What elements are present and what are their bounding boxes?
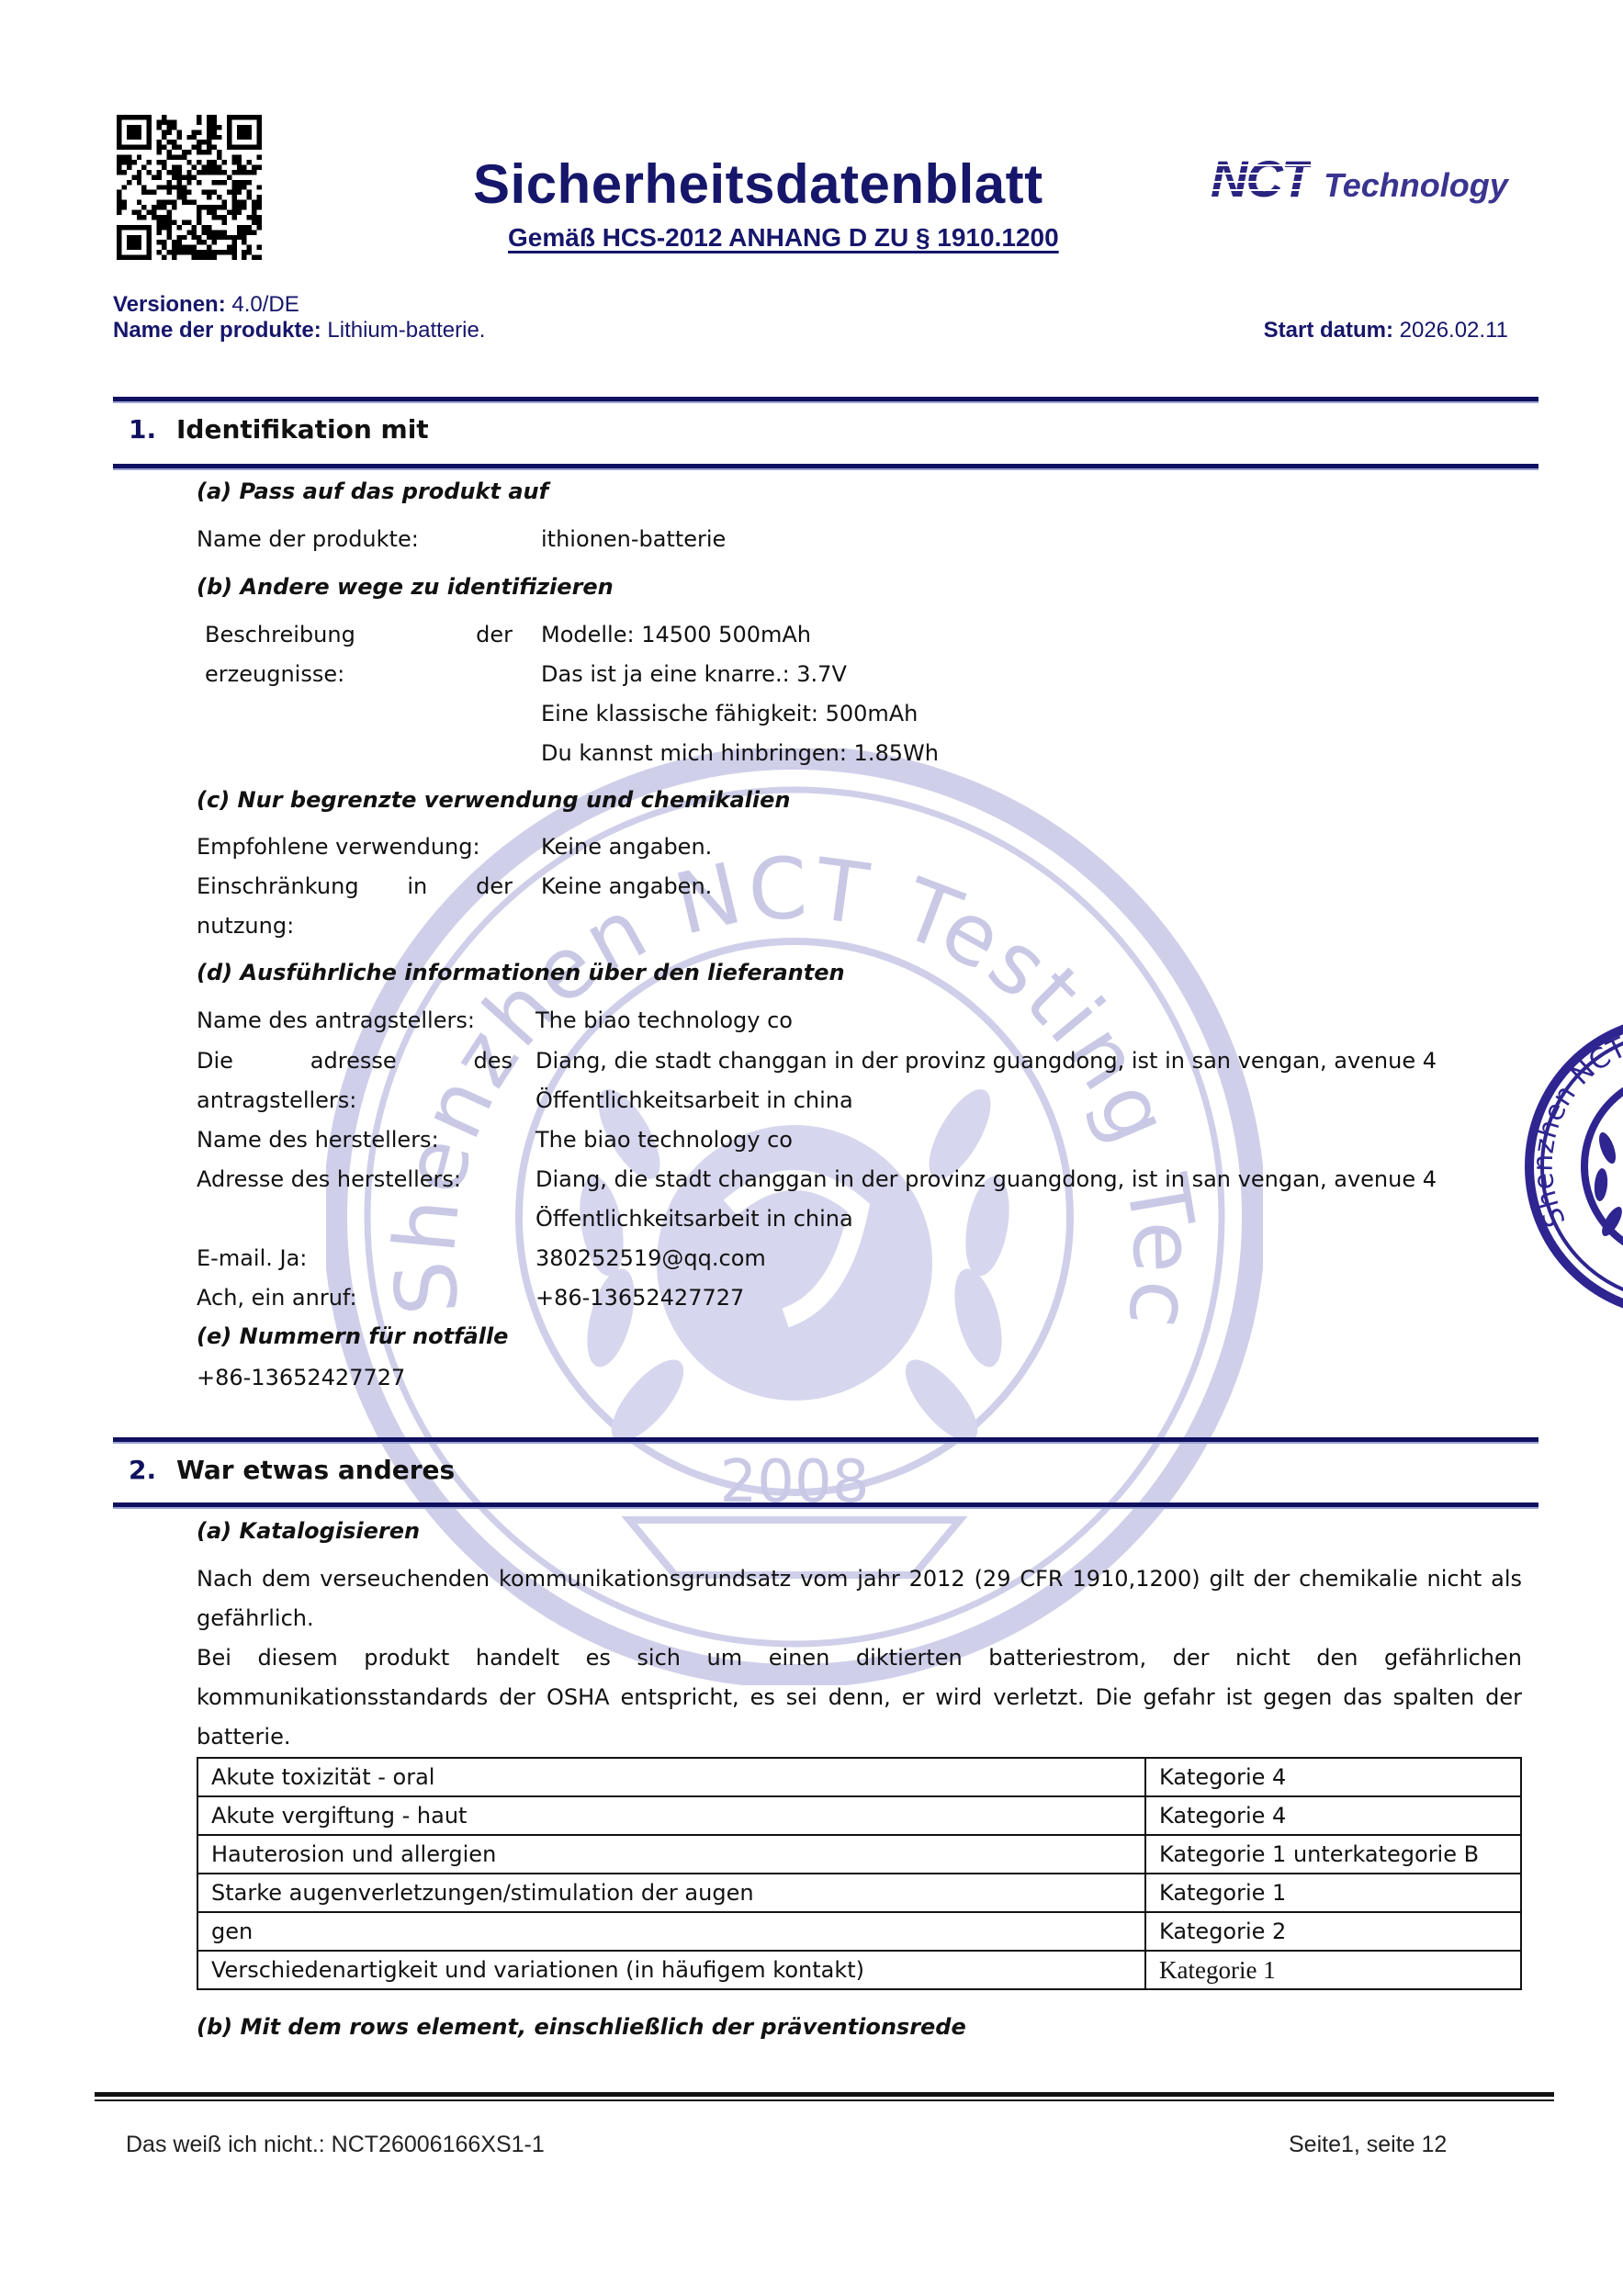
footer-rule-thick <box>95 2092 1554 2097</box>
section-2-bottom-rule <box>113 1503 1538 1507</box>
section-1-title: Identifikation mit <box>176 414 429 445</box>
label-word: adresse <box>310 1048 397 1074</box>
product-name-label: Name der produkte: <box>197 526 419 552</box>
classification-para2-line3: batterie. <box>197 1724 290 1750</box>
date-value: 2026.02.11 <box>1393 318 1508 343</box>
applicant-name-value: The biao technology co <box>535 1007 793 1033</box>
applicant-address-line2: Öffentlichkeitsarbeit in china <box>535 1087 853 1113</box>
spec-capacity: Eine klassische fähigkeit: 500mAh <box>541 701 918 726</box>
hazard-class-cell: Hauterosion und allergien <box>197 1835 1145 1874</box>
qr-code-icon <box>117 115 262 260</box>
logo-brand: NCT <box>1211 150 1311 208</box>
version-value: 4.0/DE <box>226 292 299 317</box>
table-row: Hauterosion und allergienKategorie 1 unt… <box>197 1835 1521 1874</box>
hazard-category-cell: Kategorie 1 <box>1145 1874 1521 1912</box>
hazard-category-cell: Kategorie 1 unterkategorie B <box>1145 1835 1521 1874</box>
label-word: der <box>476 873 513 899</box>
table-row: Akute toxizität - oralKategorie 4 <box>197 1758 1521 1796</box>
label-word: Beschreibung <box>205 622 355 647</box>
restriction-label: Einschränkunginder <box>197 873 513 899</box>
restriction-label-line2: nutzung: <box>197 913 294 939</box>
subsection-2a-heading: (a) Katalogisieren <box>197 1518 420 1544</box>
subsection-1c-heading: (c) Nur begrenzte verwendung und chemika… <box>197 787 790 813</box>
manufacturer-name-value: The biao technology co <box>535 1127 793 1153</box>
classification-para2-line2: kommunikationsstandards der OSHA entspri… <box>197 1684 1522 1710</box>
subsection-1e-heading: (e) Nummern für notfälle <box>197 1323 508 1349</box>
spec-model: Modelle: 14500 500mAh <box>541 622 811 647</box>
start-date-line: Start datum: 2026.02.11 <box>1264 318 1508 343</box>
table-row: Akute vergiftung - hautKategorie 4 <box>197 1796 1521 1835</box>
manufacturer-address-line1: Diang, die stadt changgan in der provinz… <box>535 1166 1437 1192</box>
spec-energy: Du kannst mich hinbringen: 1.85Wh <box>541 740 939 766</box>
section-2-heading: 2.War etwas anderes <box>129 1455 455 1485</box>
document-title: Sicherheitsdatenblatt <box>473 152 1043 216</box>
version-line: Versionen: 4.0/DE <box>113 292 299 318</box>
product-name-value: ithionen-batterie <box>541 526 726 552</box>
classification-para2-line1: Bei diesem produkt handelt es sich um ei… <box>197 1645 1522 1671</box>
label-word: Einschränkung <box>197 873 359 899</box>
hazard-class-cell: Verschiedenartigkeit und variationen (in… <box>197 1951 1145 1989</box>
hazard-class-cell: Starke augenverletzungen/stimulation der… <box>197 1874 1145 1912</box>
logo-suffix: Technology <box>1324 166 1508 204</box>
table-row: Starke augenverletzungen/stimulation der… <box>197 1874 1521 1912</box>
date-label: Start datum: <box>1264 318 1393 343</box>
restriction-value: Keine angaben. <box>541 873 712 899</box>
report-number: Das weiß ich nicht.: NCT26006166XS1-1 <box>126 2132 545 2158</box>
label-word: Die <box>197 1048 233 1074</box>
footer-rule-thin <box>95 2099 1554 2101</box>
recommended-use-value: Keine angaben. <box>541 834 712 860</box>
hazard-category-cell: Kategorie 4 <box>1145 1796 1521 1835</box>
table-row: genKategorie 2 <box>197 1912 1521 1951</box>
label-word: in <box>407 873 427 899</box>
hazard-class-cell: Akute toxizität - oral <box>197 1758 1145 1796</box>
classification-para1-line1: Nach dem verseuchenden kommunikationsgru… <box>197 1566 1522 1592</box>
label-word: der <box>476 622 513 647</box>
phone-value: +86-13652427727 <box>535 1285 744 1311</box>
hazard-classification-table: Akute toxizität - oralKategorie 4Akute v… <box>197 1757 1522 1990</box>
section-1-bottom-rule <box>113 464 1538 468</box>
recommended-use-label: Empfohlene verwendung: <box>197 834 480 860</box>
applicant-address-label-line2: antragstellers: <box>197 1087 356 1113</box>
description-label: Beschreibungder <box>205 622 513 647</box>
classification-para1-line2: gefährlich. <box>197 1605 314 1631</box>
svg-text:Shenzhen NCT T: Shenzhen NCT T <box>1527 1023 1623 1232</box>
company-stamp-icon: Shenzhen NCT T <box>1520 1010 1623 1322</box>
document-subtitle: Gemäß HCS-2012 ANHANG D ZU § 1910.1200 <box>508 223 1059 253</box>
nct-technology-logo: NCTTechnology <box>1211 149 1508 208</box>
subsection-1a-heading: (a) Pass auf das produkt auf <box>197 478 548 504</box>
applicant-address-line1: Diang, die stadt changgan in der provinz… <box>535 1048 1437 1074</box>
product-line: Name der produkte: Lithium-batterie. <box>113 318 485 343</box>
product-value: Lithium-batterie. <box>321 318 486 343</box>
subsection-1b-heading: (b) Andere wege zu identifizieren <box>197 574 614 600</box>
description-label-line2: erzeugnisse: <box>205 661 344 687</box>
hazard-category-cell: Kategorie 4 <box>1145 1758 1521 1796</box>
email-value[interactable]: 380252519@qq.com <box>535 1245 766 1271</box>
hazard-category-cell: Kategorie 1 <box>1145 1951 1521 1989</box>
table-row: Verschiedenartigkeit und variationen (in… <box>197 1951 1521 1989</box>
hazard-class-cell: gen <box>197 1912 1145 1951</box>
section-2-title: War etwas anderes <box>176 1455 455 1485</box>
manufacturer-name-label: Name des herstellers: <box>197 1127 439 1153</box>
section-1-top-rule <box>113 397 1538 401</box>
product-label: Name der produkte: <box>113 318 321 343</box>
manufacturer-address-label: Adresse des herstellers: <box>197 1166 461 1192</box>
section-2-number: 2. <box>129 1455 176 1485</box>
hazard-class-cell: Akute vergiftung - haut <box>197 1796 1145 1835</box>
applicant-address-label: Dieadressedes <box>197 1048 513 1074</box>
label-word: des <box>473 1048 513 1074</box>
phone-label: Ach, ein anruf: <box>197 1285 357 1311</box>
manufacturer-address-line2: Öffentlichkeitsarbeit in china <box>535 1206 853 1232</box>
email-label: E-mail. Ja: <box>197 1245 307 1271</box>
subsection-2b-heading: (b) Mit dem rows element, einschließlich… <box>197 2014 966 2040</box>
subsection-1d-heading: (d) Ausführliche informationen über den … <box>197 960 845 985</box>
emergency-number: +86-13652427727 <box>197 1365 405 1390</box>
applicant-name-label: Name des antragstellers: <box>197 1007 475 1033</box>
spec-voltage: Das ist ja eine knarre.: 3.7V <box>541 661 847 687</box>
page-number: Seite1, seite 12 <box>1289 2132 1447 2158</box>
section-1-heading: 1.Identifikation mit <box>129 414 429 445</box>
section-2-top-rule <box>113 1437 1538 1442</box>
section-1-number: 1. <box>129 414 176 445</box>
hazard-category-cell: Kategorie 2 <box>1145 1912 1521 1951</box>
version-label: Versionen: <box>113 292 226 317</box>
